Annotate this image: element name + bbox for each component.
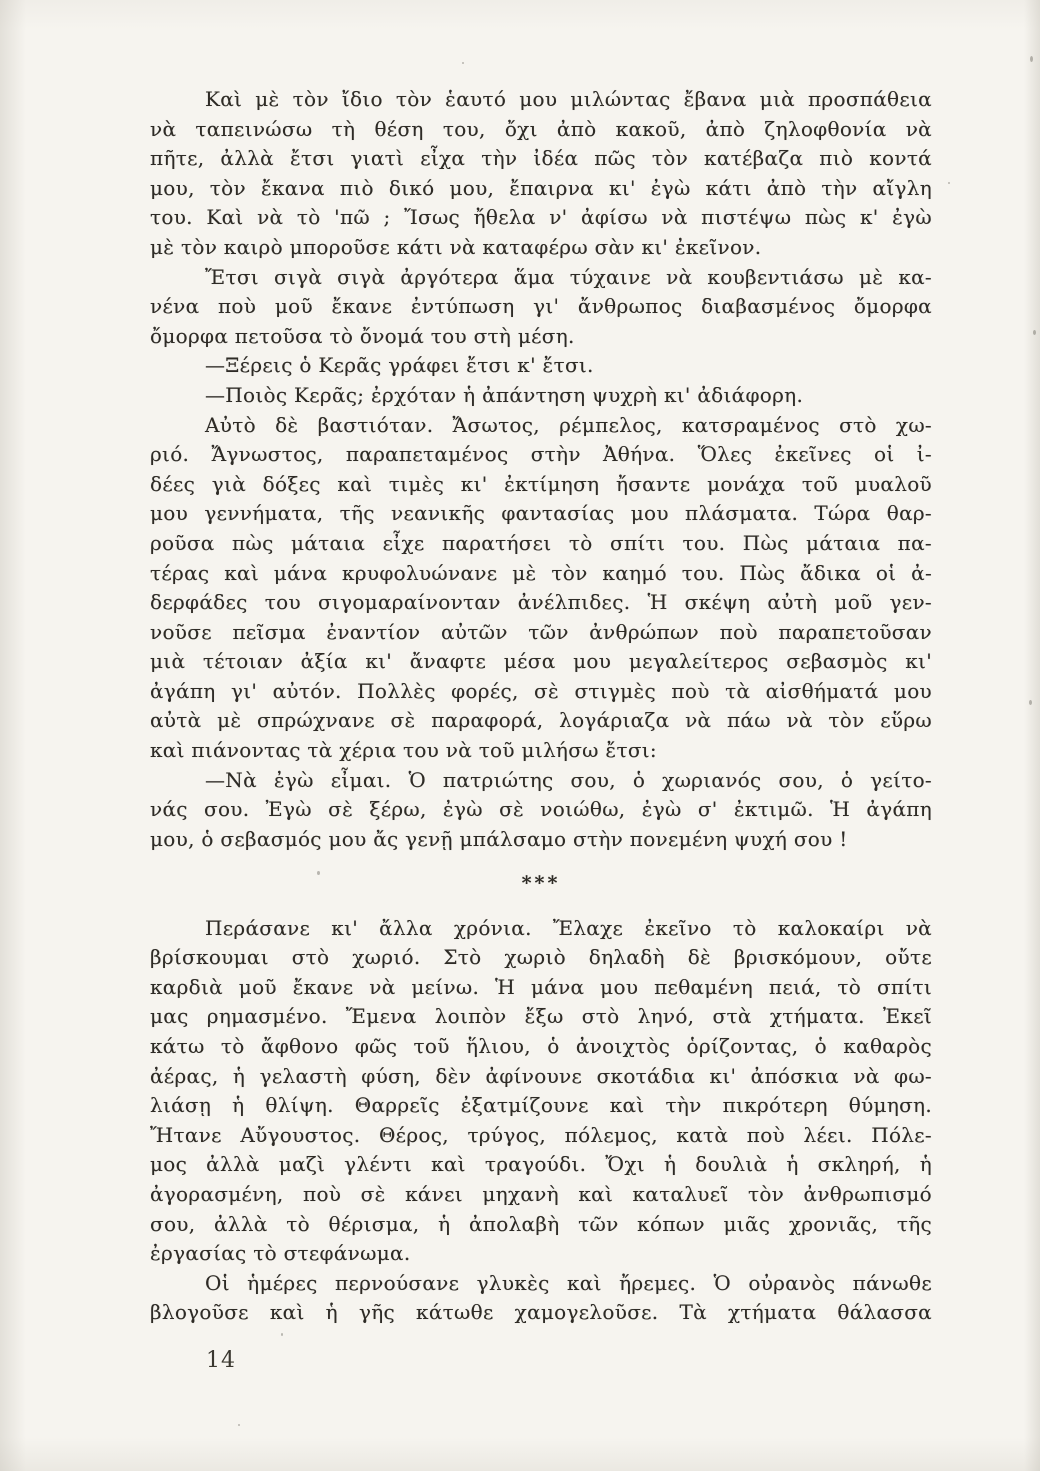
text-line: μου, ὁ σεβασμός μου ἄς γενῇ μπάλσαμο στὴ… <box>150 825 932 855</box>
text-line: δέες γιὰ δόξες καὶ τιμὲς κι' ἐκτίμηση ἤσ… <box>150 470 932 500</box>
text-line: ἀγορασμένη, ποὺ σὲ κάνει μηχανὴ καὶ κατα… <box>150 1180 932 1210</box>
text-line: μὲ τὸν καιρὸ μποροῦσε κάτι νὰ καταφέρω σ… <box>150 233 932 263</box>
text-line: μας ρημασμένο. Ἔμενα λοιπὸν ἔξω στὸ ληνό… <box>150 1002 932 1032</box>
page-number: 14 <box>206 1348 236 1373</box>
text-line: Ἔτσι σιγὰ σιγὰ ἀργότερα ἅμα τύχαινε νὰ κ… <box>150 263 932 293</box>
text-line: βλογοῦσε καὶ ἡ γῆς κάτωθε χαμογελοῦσε. Τ… <box>150 1298 932 1328</box>
text-line: Αὐτὸ δὲ βαστιόταν. Ἄσωτος, ρέμπελος, κατ… <box>150 411 932 441</box>
text-line: νάς σου. Ἐγὼ σὲ ξέρω, ἐγὼ σὲ νοιώθω, ἐγὼ… <box>150 795 932 825</box>
text-line: αὐτὰ μὲ σπρώχνανε σὲ παραφορά, λογάριαζα… <box>150 706 932 736</box>
text-line: ἀέρας, ἡ γελαστὴ φύση, δὲν ἀφίνουνε σκοτ… <box>150 1062 932 1092</box>
text-line: ροῦσα πὼς μάταια εἶχε παρατήσει τὸ σπίτι… <box>150 529 932 559</box>
paper-speckle <box>1030 56 1033 62</box>
text-block: Καὶ μὲ τὸν ἴδιο τὸν ἑαυτό μου μιλώντας ἔ… <box>150 85 932 1328</box>
paper-speckle <box>1029 700 1032 705</box>
paper-speckle <box>238 1424 240 1426</box>
text-line: νοῦσε πεῖσμα ἐναντίον αὐτῶν τῶν ἀνθρώπων… <box>150 618 932 648</box>
text-line: του. Καὶ νὰ τὸ 'πῶ ; Ἴσως ἤθελα ν' ἀφίσω… <box>150 203 932 233</box>
text-line: ριό. Ἄγνωστος, παραπεταμένος στὴν Ἀθήνα.… <box>150 440 932 470</box>
text-line: μος ἀλλὰ μαζὶ γλέντι καὶ τραγούδι. Ὄχι ἡ… <box>150 1150 932 1180</box>
text-line: —Νὰ ἐγὼ εἶμαι. Ὁ πατριώτης σου, ὁ χωριαν… <box>150 766 932 796</box>
paper-speckle <box>948 182 950 184</box>
text-line: —Ξέρεις ὁ Κερᾶς γράφει ἔτσι κ' ἔτσι. <box>150 351 932 381</box>
text-line: Οἱ ἡμέρες περνούσανε γλυκὲς καὶ ἤρεμες. … <box>150 1269 932 1299</box>
text-line: —Ποιὸς Κερᾶς; ἐρχόταν ἡ ἀπάντηση ψυχρὴ κ… <box>150 381 932 411</box>
text-line: κάτω τὸ ἄφθονο φῶς τοῦ ἥλιου, ὁ ἀνοιχτὸς… <box>150 1032 932 1062</box>
text-line: νένα ποὺ μοῦ ἔκανε ἐντύπωση γι' ἄνθρωπος… <box>150 292 932 322</box>
text-line: Περάσανε κι' ἄλλα χρόνια. Ἔλαχε ἐκεῖνο τ… <box>150 914 932 944</box>
text-line: δερφάδες του σιγομαραίνονταν ἀνέλπιδες. … <box>150 588 932 618</box>
book-page: Καὶ μὲ τὸν ἴδιο τὸν ἑαυτό μου μιλώντας ἔ… <box>0 0 1040 1471</box>
text-line: νὰ ταπεινώσω τὴ θέση του, ὄχι ἀπὸ κακοῦ,… <box>150 115 932 145</box>
text-line: λιάσῃ ἡ θλίψη. Θαρρεῖς ἐξατμίζουνε καὶ τ… <box>150 1091 932 1121</box>
text-line: μου, τὸν ἔκανα πιὸ δικό μου, ἔπαιρνα κι'… <box>150 174 932 204</box>
section-separator: *** <box>150 854 932 913</box>
text-line: βρίσκουμαι στὸ χωριό. Στὸ χωριὸ δηλαδὴ δ… <box>150 943 932 973</box>
text-line: Καὶ μὲ τὸν ἴδιο τὸν ἑαυτό μου μιλώντας ἔ… <box>150 85 932 115</box>
text-line: πῆτε, ἀλλὰ ἔτσι γιατὶ εἶχα τὴν ἰδέα πῶς … <box>150 144 932 174</box>
text-line: μιὰ τέτοιαν ἀξία κι' ἄναφτε μέσα μου μεγ… <box>150 647 932 677</box>
text-line: καὶ πιάνοντας τὰ χέρια του νὰ τοῦ μιλήσω… <box>150 736 932 766</box>
paper-speckle <box>462 62 464 64</box>
text-line: μου γεννήματα, τῆς νεανικῆς φαντασίας μο… <box>150 499 932 529</box>
text-line: ἐργασίας τὸ στεφάνωμα. <box>150 1239 932 1269</box>
text-line: ὄμορφα πετοῦσα τὸ ὄνομά του στὴ μέση. <box>150 322 932 352</box>
text-line: ἀγάπη γι' αὐτόν. Πολλὲς φορές, σὲ στιγμὲ… <box>150 677 932 707</box>
paper-speckle <box>1033 330 1036 335</box>
text-line: Ἤτανε Αὔγουστος. Θέρος, τρύγος, πόλεμος,… <box>150 1121 932 1151</box>
paper-speckle <box>281 1333 283 1336</box>
text-line: καρδιὰ μοῦ ἔκανε νὰ μείνω. Ἡ μάνα μου πε… <box>150 973 932 1003</box>
text-line: σου, ἀλλὰ τὸ θέρισμα, ἡ ἀπολαβὴ τῶν κόπω… <box>150 1210 932 1240</box>
text-line: τέρας καὶ μάνα κρυφολυώνανε μὲ τὸν καημό… <box>150 559 932 589</box>
